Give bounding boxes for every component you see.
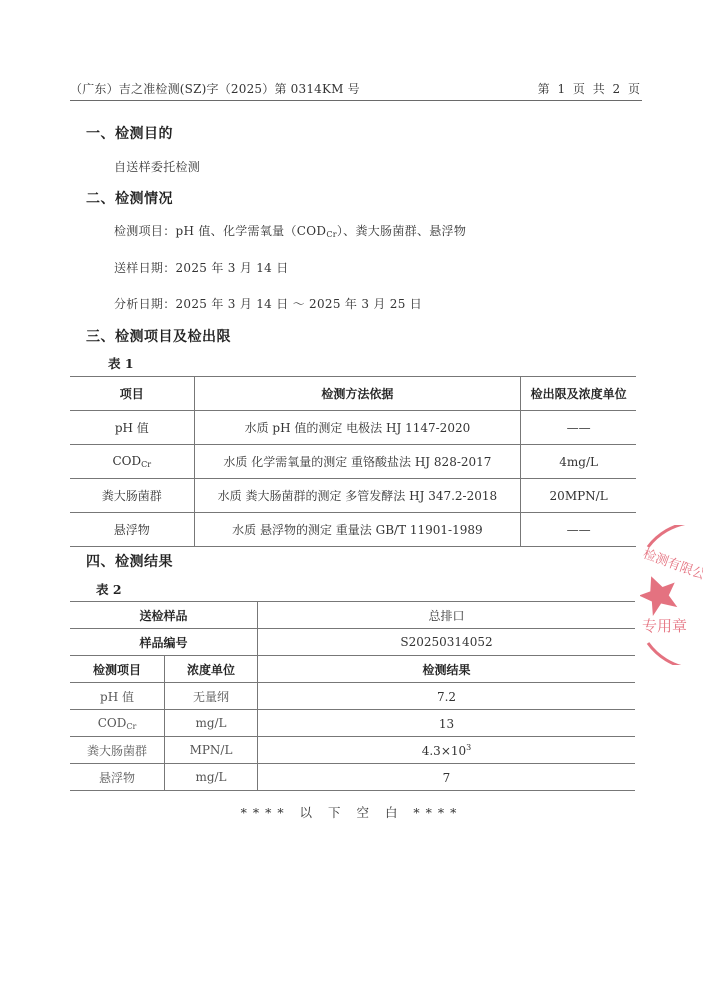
sample-value: 总排口 bbox=[258, 602, 636, 629]
cell-method: 水质 pH 值的测定 电极法 HJ 1147-2020 bbox=[194, 411, 521, 445]
results-table: 送检样品 总排口 样品编号 S20250314052 检测项目 浓度单位 检测结… bbox=[70, 601, 635, 791]
cell-result: 7 bbox=[258, 764, 636, 791]
section-title-purpose: 一、检测目的 bbox=[86, 123, 173, 143]
cell-item: 粪大肠菌群 bbox=[70, 737, 165, 764]
sample-id-row: 样品编号 S20250314052 bbox=[70, 629, 635, 656]
table-row: 粪大肠菌群 MPN/L 4.3×103 bbox=[70, 737, 635, 764]
col-header-result: 检测结果 bbox=[258, 656, 636, 683]
cell-method: 水质 悬浮物的测定 重量法 GB/T 11901-1989 bbox=[194, 513, 521, 547]
cell-item: 粪大肠菌群 bbox=[70, 479, 194, 513]
sample-label: 送检样品 bbox=[70, 602, 258, 629]
section-title-methods: 三、检测项目及检出限 bbox=[86, 326, 231, 346]
table-row: pH 值 水质 pH 值的测定 电极法 HJ 1147-2020 —— bbox=[70, 411, 636, 445]
cell-item: 悬浮物 bbox=[70, 513, 194, 547]
table-row: CODCr mg/L 13 bbox=[70, 710, 635, 737]
col-header-item: 项目 bbox=[70, 377, 194, 411]
methods-table: 项目 检测方法依据 检出限及浓度单位 pH 值 水质 pH 值的测定 电极法 H… bbox=[70, 376, 636, 547]
table1-label: 表 1 bbox=[108, 354, 134, 372]
table-row: pH 值 无量纲 7.2 bbox=[70, 683, 635, 710]
seal-icon: 检测有限公司 专用章 bbox=[640, 525, 703, 665]
cell-limit: —— bbox=[521, 513, 636, 547]
sample-id-label: 样品编号 bbox=[70, 629, 258, 656]
company-seal-stamp: 检测有限公司 专用章 bbox=[640, 525, 703, 665]
cell-method: 水质 粪大肠菌群的测定 多管发酵法 HJ 347.2-2018 bbox=[194, 479, 521, 513]
table-row: 粪大肠菌群 水质 粪大肠菌群的测定 多管发酵法 HJ 347.2-2018 20… bbox=[70, 479, 636, 513]
section-title-situation: 二、检测情况 bbox=[86, 188, 173, 208]
col-header-unit: 浓度单位 bbox=[165, 656, 258, 683]
cell-unit: 无量纲 bbox=[165, 683, 258, 710]
cell-item: pH 值 bbox=[70, 411, 194, 445]
cell-limit: 4mg/L bbox=[521, 445, 636, 479]
section-title-results: 四、检测结果 bbox=[86, 551, 173, 571]
col-header-method: 检测方法依据 bbox=[194, 377, 521, 411]
sample-date: 送样日期：2025 年 3 月 14 日 bbox=[114, 259, 289, 276]
page-header: （广东）吉之准检测(SZ)字（2025）第 0314KM 号 第 1 页 共 2… bbox=[70, 80, 642, 98]
col-header-limit: 检出限及浓度单位 bbox=[521, 377, 636, 411]
analysis-date: 分析日期：2025 年 3 月 14 日 ～ 2025 年 3 月 25 日 bbox=[114, 295, 422, 312]
cell-result: 13 bbox=[258, 710, 636, 737]
cell-limit: 20MPN/L bbox=[521, 479, 636, 513]
svg-text:检测有限公司: 检测有限公司 bbox=[641, 546, 703, 588]
end-of-content-marker: **** 以 下 空 白 **** bbox=[0, 803, 703, 821]
cell-method: 水质 化学需氧量的测定 重铬酸盐法 HJ 828-2017 bbox=[194, 445, 521, 479]
cell-item: 悬浮物 bbox=[70, 764, 165, 791]
cell-result: 4.3×103 bbox=[258, 737, 636, 764]
page-indicator: 第 1 页 共 2 页 bbox=[538, 80, 642, 97]
test-items-text: 检测项目：pH 值、化学需氧量（CODCr）、粪大肠菌群、悬浮物 bbox=[114, 222, 466, 239]
sample-row: 送检样品 总排口 bbox=[70, 602, 635, 629]
purpose-text: 自送样委托检测 bbox=[114, 158, 200, 175]
header-divider bbox=[70, 100, 642, 101]
cell-item: CODCr bbox=[70, 445, 194, 479]
cell-result: 7.2 bbox=[258, 683, 636, 710]
cell-unit: MPN/L bbox=[165, 737, 258, 764]
report-number: （广东）吉之准检测(SZ)字（2025）第 0314KM 号 bbox=[70, 80, 360, 97]
table-row: 悬浮物 mg/L 7 bbox=[70, 764, 635, 791]
table-header-row: 检测项目 浓度单位 检测结果 bbox=[70, 656, 635, 683]
cell-limit: —— bbox=[521, 411, 636, 445]
cell-item: pH 值 bbox=[70, 683, 165, 710]
report-page: （广东）吉之准检测(SZ)字（2025）第 0314KM 号 第 1 页 共 2… bbox=[0, 0, 703, 994]
table2-label: 表 2 bbox=[96, 580, 122, 598]
cell-unit: mg/L bbox=[165, 710, 258, 737]
cell-item: CODCr bbox=[70, 710, 165, 737]
cell-unit: mg/L bbox=[165, 764, 258, 791]
table-row: CODCr 水质 化学需氧量的测定 重铬酸盐法 HJ 828-2017 4mg/… bbox=[70, 445, 636, 479]
sample-id-value: S20250314052 bbox=[258, 629, 636, 656]
table-header-row: 项目 检测方法依据 检出限及浓度单位 bbox=[70, 377, 636, 411]
svg-text:专用章: 专用章 bbox=[642, 617, 687, 635]
table-row: 悬浮物 水质 悬浮物的测定 重量法 GB/T 11901-1989 —— bbox=[70, 513, 636, 547]
col-header-item: 检测项目 bbox=[70, 656, 165, 683]
